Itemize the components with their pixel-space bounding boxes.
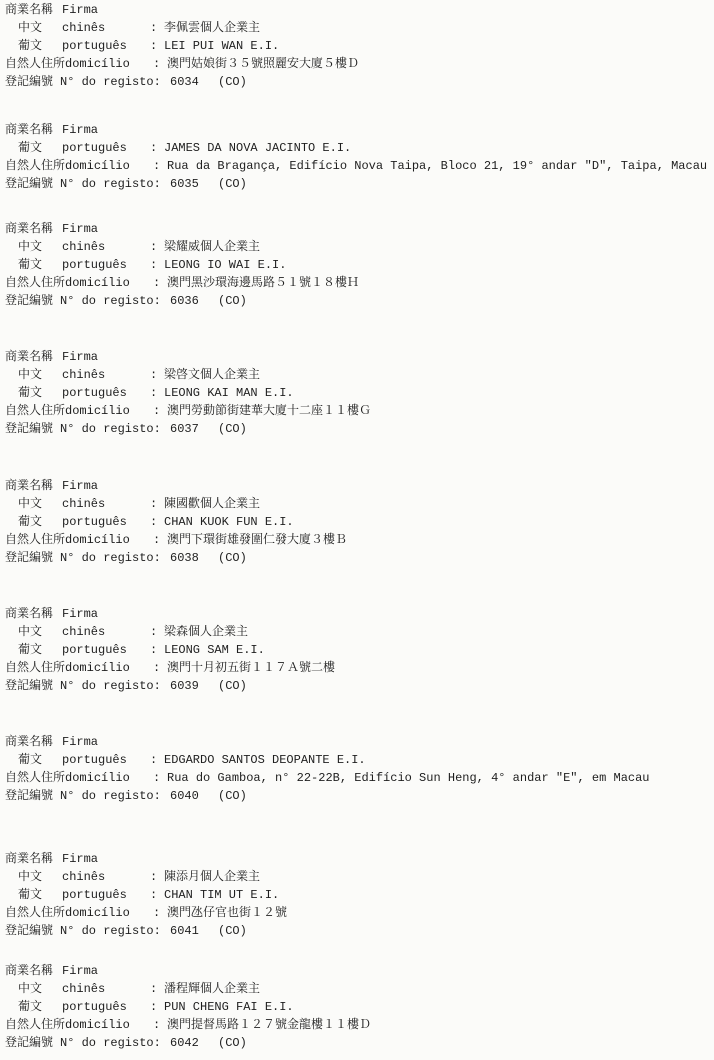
portuguese-label-zh: 葡文 [5,641,62,659]
firm-label-zh: 商業名稱 [5,121,62,139]
colon: : [153,904,167,922]
domicile-label-pt: domicílio [65,659,153,677]
registration-label-zh: 登記編號 [5,175,60,193]
portuguese-name-row: 葡文 português : JAMES DA NOVA JACINTO E.I… [5,139,710,157]
registration-label-pt: N° do registo: [60,292,170,310]
registration-label-pt: N° do registo: [60,677,170,695]
registration-number: 6035 [170,175,218,193]
registration-number: 6037 [170,420,218,438]
firm-label-pt: Firma [62,850,150,868]
firm-label-zh: 商業名稱 [5,962,62,980]
domicile-label-zh: 自然人住所 [5,55,65,73]
registration-suffix: (CO) [218,922,247,940]
portuguese-name-value: LEI PUI WAN E.I. [164,37,710,55]
domicile-row: 自然人住所 domicílio : 澳門提督馬路１２７號金龍樓１１樓Ｄ [5,1016,710,1034]
registration-row: 登記編號 N° do registo: 6036 (CO) [5,292,710,310]
firm-header-row: 商業名稱 Firma [5,121,710,139]
chinese-name-row: 中文 chinês : 梁森個人企業主 [5,623,710,641]
chinese-label-pt: chinês [62,980,150,998]
registration-label-pt: N° do registo: [60,787,170,805]
registration-label-zh: 登記編號 [5,787,60,805]
chinese-name-row: 中文 chinês : 陳國歡個人企業主 [5,495,710,513]
portuguese-label-pt: português [62,998,150,1016]
business-record: 商業名稱 Firma 中文 chinês : 陳國歡個人企業主 葡文 portu… [5,477,710,567]
registration-suffix: (CO) [218,787,247,805]
portuguese-name-value: CHAN KUOK FUN E.I. [164,513,710,531]
portuguese-label-zh: 葡文 [5,37,62,55]
domicile-value: 澳門氹仔官也街１２號 [167,904,710,922]
firm-header-row: 商業名稱 Firma [5,962,710,980]
chinese-label-zh: 中文 [5,495,62,513]
registration-row: 登記編號 N° do registo: 6037 (CO) [5,420,710,438]
firm-label-pt: Firma [62,220,150,238]
domicile-row: 自然人住所 domicílio : 澳門氹仔官也街１２號 [5,904,710,922]
registration-label-pt: N° do registo: [60,420,170,438]
colon: : [153,274,167,292]
portuguese-label-zh: 葡文 [5,513,62,531]
registration-suffix: (CO) [218,175,247,193]
portuguese-name-row: 葡文 português : EDGARDO SANTOS DEOPANTE E… [5,751,710,769]
domicile-label-pt: domicílio [65,904,153,922]
portuguese-name-value: EDGARDO SANTOS DEOPANTE E.I. [164,751,710,769]
portuguese-label-pt: português [62,139,150,157]
colon: : [150,980,164,998]
firm-label-pt: Firma [62,962,150,980]
firm-header-row: 商業名稱 Firma [5,1,710,19]
chinese-label-pt: chinês [62,366,150,384]
firm-label-zh: 商業名稱 [5,348,62,366]
domicile-label-zh: 自然人住所 [5,904,65,922]
colon: : [150,366,164,384]
colon: : [153,531,167,549]
registration-suffix: (CO) [218,549,247,567]
portuguese-name-row: 葡文 português : CHAN KUOK FUN E.I. [5,513,710,531]
domicile-label-pt: domicílio [65,274,153,292]
domicile-value: 澳門姑娘街３５號照麗安大廈５樓Ｄ [167,55,710,73]
firm-header-row: 商業名稱 Firma [5,850,710,868]
firm-label-zh: 商業名稱 [5,850,62,868]
registration-row: 登記編號 N° do registo: 6041 (CO) [5,922,710,940]
firm-label-zh: 商業名稱 [5,1,62,19]
registration-suffix: (CO) [218,677,247,695]
registration-label-pt: N° do registo: [60,549,170,567]
business-record: 商業名稱 Firma 中文 chinês : 梁森個人企業主 葡文 portug… [5,605,710,695]
chinese-label-pt: chinês [62,868,150,886]
portuguese-name-row: 葡文 português : CHAN TIM UT E.I. [5,886,710,904]
business-record: 商業名稱 Firma 葡文 português : JAMES DA NOVA … [5,121,710,193]
chinese-label-zh: 中文 [5,238,62,256]
domicile-value: 澳門十月初五街１１７Ａ號二樓 [167,659,710,677]
registration-label-zh: 登記編號 [5,292,60,310]
domicile-value: 澳門勞動節街建華大廈十二座１１樓Ｇ [167,402,710,420]
chinese-label-pt: chinês [62,238,150,256]
registration-number: 6042 [170,1034,218,1052]
colon: : [150,19,164,37]
firm-label-pt: Firma [62,1,150,19]
registration-number: 6034 [170,73,218,91]
portuguese-name-row: 葡文 português : PUN CHENG FAI E.I. [5,998,710,1016]
domicile-row: 自然人住所 domicílio : Rua do Gamboa, n° 22-2… [5,769,710,787]
chinese-name-row: 中文 chinês : 梁啓文個人企業主 [5,366,710,384]
colon: : [150,886,164,904]
domicile-label-pt: domicílio [65,531,153,549]
portuguese-label-pt: português [62,513,150,531]
domicile-row: 自然人住所 domicílio : 澳門勞動節街建華大廈十二座１１樓Ｇ [5,402,710,420]
domicile-label-zh: 自然人住所 [5,1016,65,1034]
domicile-value: 澳門下環街雄發圍仁發大廈３樓Ｂ [167,531,710,549]
portuguese-label-pt: português [62,886,150,904]
chinese-label-zh: 中文 [5,19,62,37]
registration-row: 登記編號 N° do registo: 6040 (CO) [5,787,710,805]
business-record: 商業名稱 Firma 中文 chinês : 潘程輝個人企業主 葡文 portu… [5,962,710,1052]
scanned-registry-page: 商業名稱 Firma 中文 chinês : 李佩雲個人企業主 葡文 portu… [0,0,714,1060]
colon: : [150,495,164,513]
colon: : [150,139,164,157]
domicile-label-pt: domicílio [65,769,153,787]
portuguese-label-pt: português [62,751,150,769]
firm-label-pt: Firma [62,733,150,751]
portuguese-name-row: 葡文 português : LEONG SAM E.I. [5,641,710,659]
domicile-row: 自然人住所 domicílio : 澳門下環街雄發圍仁發大廈３樓Ｂ [5,531,710,549]
portuguese-name-value: PUN CHENG FAI E.I. [164,998,710,1016]
domicile-label-zh: 自然人住所 [5,157,65,175]
colon: : [150,751,164,769]
colon: : [153,769,167,787]
registration-number: 6040 [170,787,218,805]
firm-label-zh: 商業名稱 [5,733,62,751]
domicile-row: 自然人住所 domicílio : 澳門姑娘街３５號照麗安大廈５樓Ｄ [5,55,710,73]
colon: : [153,55,167,73]
colon: : [150,37,164,55]
chinese-name-value: 梁耀威個人企業主 [164,238,710,256]
registration-label-zh: 登記編號 [5,73,60,91]
chinese-label-pt: chinês [62,19,150,37]
portuguese-name-value: JAMES DA NOVA JACINTO E.I. [164,139,710,157]
domicile-label-zh: 自然人住所 [5,274,65,292]
colon: : [150,238,164,256]
registration-row: 登記編號 N° do registo: 6039 (CO) [5,677,710,695]
portuguese-name-value: LEONG KAI MAN E.I. [164,384,710,402]
portuguese-name-row: 葡文 português : LEI PUI WAN E.I. [5,37,710,55]
portuguese-label-zh: 葡文 [5,998,62,1016]
registration-row: 登記編號 N° do registo: 6034 (CO) [5,73,710,91]
domicile-row: 自然人住所 domicílio : 澳門十月初五街１１７Ａ號二樓 [5,659,710,677]
business-record: 商業名稱 Firma 中文 chinês : 梁啓文個人企業主 葡文 portu… [5,348,710,438]
registration-label-pt: N° do registo: [60,922,170,940]
colon: : [150,513,164,531]
portuguese-label-zh: 葡文 [5,751,62,769]
domicile-row: 自然人住所 domicílio : Rua da Bragança, Edifí… [5,157,710,175]
firm-header-row: 商業名稱 Firma [5,605,710,623]
registration-row: 登記編號 N° do registo: 6042 (CO) [5,1034,710,1052]
colon: : [153,157,167,175]
registration-suffix: (CO) [218,420,247,438]
portuguese-label-zh: 葡文 [5,139,62,157]
domicile-label-pt: domicílio [65,55,153,73]
portuguese-name-value: LEONG SAM E.I. [164,641,710,659]
firm-label-pt: Firma [62,477,150,495]
registration-label-pt: N° do registo: [60,73,170,91]
domicile-value: Rua do Gamboa, n° 22-22B, Edifício Sun H… [167,769,710,787]
chinese-name-value: 陳添月個人企業主 [164,868,710,886]
domicile-label-pt: domicílio [65,1016,153,1034]
colon: : [153,402,167,420]
chinese-name-value: 潘程輝個人企業主 [164,980,710,998]
registration-suffix: (CO) [218,292,247,310]
firm-label-pt: Firma [62,605,150,623]
portuguese-label-zh: 葡文 [5,256,62,274]
firm-header-row: 商業名稱 Firma [5,477,710,495]
colon: : [153,659,167,677]
portuguese-label-zh: 葡文 [5,886,62,904]
portuguese-label-pt: português [62,384,150,402]
firm-header-row: 商業名稱 Firma [5,220,710,238]
portuguese-label-pt: português [62,37,150,55]
business-record: 商業名稱 Firma 葡文 português : EDGARDO SANTOS… [5,733,710,805]
chinese-name-row: 中文 chinês : 李佩雲個人企業主 [5,19,710,37]
colon: : [153,1016,167,1034]
domicile-label-zh: 自然人住所 [5,402,65,420]
firm-label-zh: 商業名稱 [5,477,62,495]
firm-label-pt: Firma [62,348,150,366]
chinese-name-value: 李佩雲個人企業主 [164,19,710,37]
chinese-label-pt: chinês [62,623,150,641]
domicile-label-zh: 自然人住所 [5,659,65,677]
colon: : [150,384,164,402]
registration-number: 6036 [170,292,218,310]
portuguese-name-value: LEONG IO WAI E.I. [164,256,710,274]
registration-label-zh: 登記編號 [5,1034,60,1052]
chinese-name-row: 中文 chinês : 潘程輝個人企業主 [5,980,710,998]
chinese-label-zh: 中文 [5,623,62,641]
portuguese-label-zh: 葡文 [5,384,62,402]
portuguese-name-value: CHAN TIM UT E.I. [164,886,710,904]
chinese-name-value: 陳國歡個人企業主 [164,495,710,513]
firm-label-zh: 商業名稱 [5,220,62,238]
registration-number: 6041 [170,922,218,940]
registration-label-zh: 登記編號 [5,677,60,695]
business-record: 商業名稱 Firma 中文 chinês : 李佩雲個人企業主 葡文 portu… [5,1,710,91]
chinese-name-row: 中文 chinês : 陳添月個人企業主 [5,868,710,886]
colon: : [150,641,164,659]
chinese-label-zh: 中文 [5,980,62,998]
domicile-label-pt: domicílio [65,402,153,420]
domicile-value: Rua da Bragança, Edifício Nova Taipa, Bl… [167,157,710,175]
registration-row: 登記編號 N° do registo: 6038 (CO) [5,549,710,567]
portuguese-label-pt: português [62,641,150,659]
business-record: 商業名稱 Firma 中文 chinês : 梁耀威個人企業主 葡文 portu… [5,220,710,310]
registration-row: 登記編號 N° do registo: 6035 (CO) [5,175,710,193]
portuguese-label-pt: português [62,256,150,274]
firm-header-row: 商業名稱 Firma [5,348,710,366]
registration-suffix: (CO) [218,1034,247,1052]
colon: : [150,623,164,641]
firm-header-row: 商業名稱 Firma [5,733,710,751]
domicile-value: 澳門提督馬路１２７號金龍樓１１樓Ｄ [167,1016,710,1034]
domicile-label-zh: 自然人住所 [5,769,65,787]
domicile-label-pt: domicílio [65,157,153,175]
firm-label-pt: Firma [62,121,150,139]
domicile-value: 澳門黑沙環海邊馬路５１號１８樓Ｈ [167,274,710,292]
chinese-label-pt: chinês [62,495,150,513]
business-record: 商業名稱 Firma 中文 chinês : 陳添月個人企業主 葡文 portu… [5,850,710,940]
registration-number: 6038 [170,549,218,567]
domicile-label-zh: 自然人住所 [5,531,65,549]
registration-suffix: (CO) [218,73,247,91]
registration-label-pt: N° do registo: [60,1034,170,1052]
chinese-name-value: 梁啓文個人企業主 [164,366,710,384]
firm-label-zh: 商業名稱 [5,605,62,623]
chinese-label-zh: 中文 [5,366,62,384]
registration-number: 6039 [170,677,218,695]
registration-label-zh: 登記編號 [5,420,60,438]
colon: : [150,868,164,886]
chinese-label-zh: 中文 [5,868,62,886]
registration-label-zh: 登記編號 [5,922,60,940]
colon: : [150,256,164,274]
registration-label-pt: N° do registo: [60,175,170,193]
portuguese-name-row: 葡文 português : LEONG IO WAI E.I. [5,256,710,274]
registration-label-zh: 登記編號 [5,549,60,567]
chinese-name-value: 梁森個人企業主 [164,623,710,641]
domicile-row: 自然人住所 domicílio : 澳門黑沙環海邊馬路５１號１８樓Ｈ [5,274,710,292]
colon: : [150,998,164,1016]
portuguese-name-row: 葡文 português : LEONG KAI MAN E.I. [5,384,710,402]
chinese-name-row: 中文 chinês : 梁耀威個人企業主 [5,238,710,256]
